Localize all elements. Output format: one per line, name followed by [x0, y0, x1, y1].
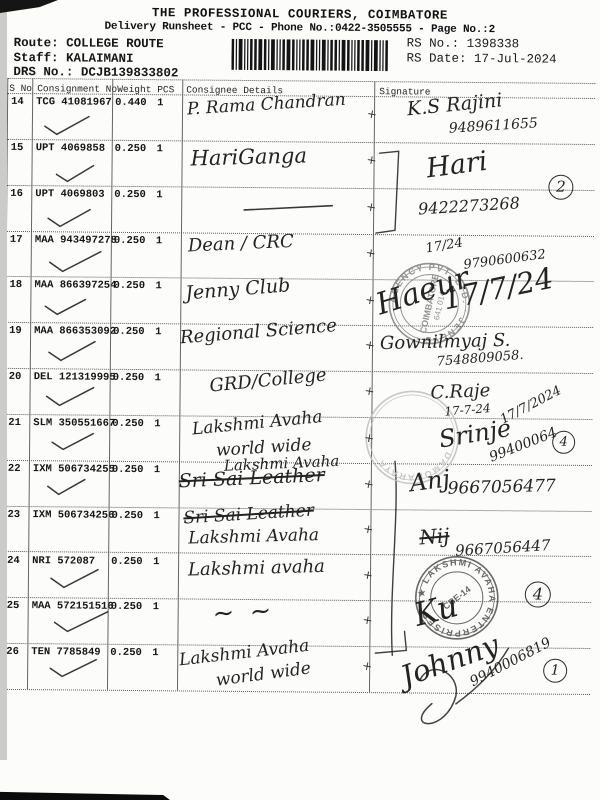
cell-sno: 19 — [9, 325, 22, 337]
cell-weight: 0.250 — [111, 601, 143, 613]
handwritten-note: 17-7-24 — [444, 402, 491, 418]
cell-consignment: MAA 943497278 — [35, 234, 117, 247]
cell-pcs: 1 — [156, 189, 162, 201]
cell-sno: 21 — [8, 417, 21, 429]
staff-label: Staff: — [13, 50, 58, 64]
cell-weight: 0.250 — [111, 509, 143, 521]
delivery-tick-mark: + — [365, 246, 377, 260]
cell-sno: 22 — [8, 463, 21, 475]
delivery-tick-mark: + — [364, 293, 376, 307]
cell-weight: 0.250 — [113, 372, 145, 384]
handwritten-note: ~ — [248, 597, 273, 626]
cell-weight: 0.250 — [110, 647, 142, 659]
cell-consignment: MAA 572151516 — [32, 600, 114, 613]
table-column-lines — [0, 0, 600, 5]
delivery-tick-mark: + — [362, 522, 374, 536]
route-staff-drs-block: Route: COLLEGE ROUTE Staff: KALAIMANI DR… — [13, 36, 178, 81]
cell-sno: 18 — [9, 279, 22, 291]
cell-consignment: UPT 4069858 — [36, 142, 105, 155]
route-label: Route: — [14, 36, 59, 50]
rs-date-label: RS Date: — [406, 51, 466, 66]
cell-sno: 26 — [6, 646, 19, 658]
cell-sno: 25 — [7, 600, 20, 612]
cell-consignment: TEN 7785849 — [31, 646, 100, 659]
cell-pcs: 1 — [155, 326, 161, 338]
cell-weight: 0.250 — [113, 326, 145, 338]
cell-pcs: 1 — [155, 372, 161, 384]
cell-weight: 0.440 — [115, 97, 147, 109]
handwriting-layer: P. Rama ChandranK.S Rajini9489611655Hari… — [0, 0, 600, 5]
cell-consignment: MAA 866353092 — [34, 325, 116, 338]
cell-sno: 16 — [10, 188, 23, 200]
scanned-runsheet-page: THE PROFESSIONAL COURIERS, COIMBATORE De… — [0, 0, 600, 800]
cell-consignment: IXM 506734256 — [32, 509, 114, 522]
circled-number: 1 — [543, 659, 567, 683]
cell-weight: 0.250 — [112, 464, 144, 476]
delivery-tick-mark: + — [366, 153, 378, 167]
handwritten-note: Anj — [408, 466, 451, 495]
delivery-tick-mark: + — [364, 384, 376, 398]
cell-weight: 0.250 — [114, 189, 146, 201]
cell-consignment: IXM 506734255 — [33, 463, 115, 476]
cell-consignment: UPT 4069803 — [35, 188, 104, 201]
cell-sno: 23 — [7, 509, 20, 521]
cell-sno: 15 — [11, 142, 24, 154]
cell-weight: 0.250 — [115, 143, 147, 155]
cell-weight: 0.250 — [113, 280, 145, 292]
rs-date-value: 17-Jul-2024 — [474, 51, 557, 66]
cell-pcs: 1 — [153, 602, 159, 614]
cell-pcs: 1 — [153, 556, 159, 568]
route-value: COLLEGE ROUTE — [66, 36, 164, 51]
handwritten-note: C.Raje — [430, 382, 491, 403]
cell-pcs: 1 — [153, 510, 159, 522]
cell-sno: 20 — [9, 371, 22, 383]
cell-pcs: 1 — [154, 464, 160, 476]
handwritten-note: HariGanga — [190, 145, 307, 169]
cell-pcs: 1 — [155, 281, 161, 293]
cell-consignment: DEL 121319995 — [34, 371, 116, 384]
circled-number: 2 — [548, 175, 573, 200]
circled-number: 4 — [552, 431, 575, 454]
delivery-tick-mark: + — [364, 338, 376, 352]
cell-sno: 24 — [7, 554, 20, 566]
circled-number: 4 — [525, 581, 551, 607]
cell-pcs: 1 — [152, 647, 158, 659]
cell-weight: 0.250 — [112, 418, 144, 430]
cell-pcs: 1 — [154, 418, 160, 430]
handwritten-note: Nij — [419, 525, 451, 547]
delivery-tick-mark: + — [365, 200, 377, 214]
delivery-tick-mark: + — [361, 659, 373, 673]
handwritten-note: Ku — [411, 589, 461, 631]
cell-consignment: MAA 866397254 — [34, 280, 116, 293]
cell-consignment: NRI 572087 — [32, 555, 95, 568]
rs-meta-block: RS No.: 1398338 RS Date: 17-Jul-2024 — [406, 36, 556, 66]
handwritten-note: ~ — [211, 600, 235, 628]
rs-no-label: RS No.: — [407, 36, 460, 50]
cell-weight: 0.250 — [111, 555, 143, 567]
cell-consignment: TCG 41081967 — [36, 96, 112, 109]
handwritten-note: Lakshmi Avaha — [188, 527, 319, 547]
table-rows: 14TCG 410819670.440115UPT 40698580.25011… — [0, 0, 600, 5]
handwritten-note: Dean / CRC — [187, 233, 294, 256]
handwritten-note: Hari — [425, 148, 489, 183]
handwritten-note: 9667056477 — [448, 478, 557, 498]
cell-pcs: 1 — [157, 143, 163, 155]
cell-pcs: 1 — [156, 235, 162, 247]
delivery-tick-mark: + — [363, 431, 375, 445]
barcode — [231, 39, 397, 71]
scan-artifact-left-edge — [0, 0, 7, 760]
cell-pcs: 1 — [157, 97, 163, 109]
scan-content: THE PROFESSIONAL COURIERS, COIMBATORE De… — [0, 0, 600, 800]
cell-sno: 17 — [10, 233, 23, 245]
cell-consignment: SLM 350551667 — [33, 417, 115, 430]
staff-value: KALAIMANI — [66, 51, 134, 66]
delivery-tick-mark: + — [362, 568, 374, 582]
delivery-tick-mark: + — [363, 477, 375, 491]
cell-weight: 0.250 — [114, 234, 146, 246]
handwritten-note: Lakshmi avaha — [188, 558, 325, 580]
cell-sno: 14 — [11, 96, 24, 108]
delivery-tick-mark: + — [366, 107, 378, 121]
rs-no-value: 1398338 — [467, 37, 520, 51]
delivery-tick-mark: + — [362, 613, 374, 627]
